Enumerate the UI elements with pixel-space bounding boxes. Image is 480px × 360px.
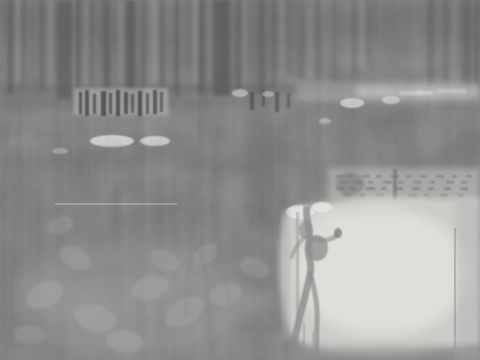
artwork-canvas [0, 0, 480, 360]
abstract-artwork [0, 0, 480, 360]
fine-grain-texture [0, 0, 480, 360]
